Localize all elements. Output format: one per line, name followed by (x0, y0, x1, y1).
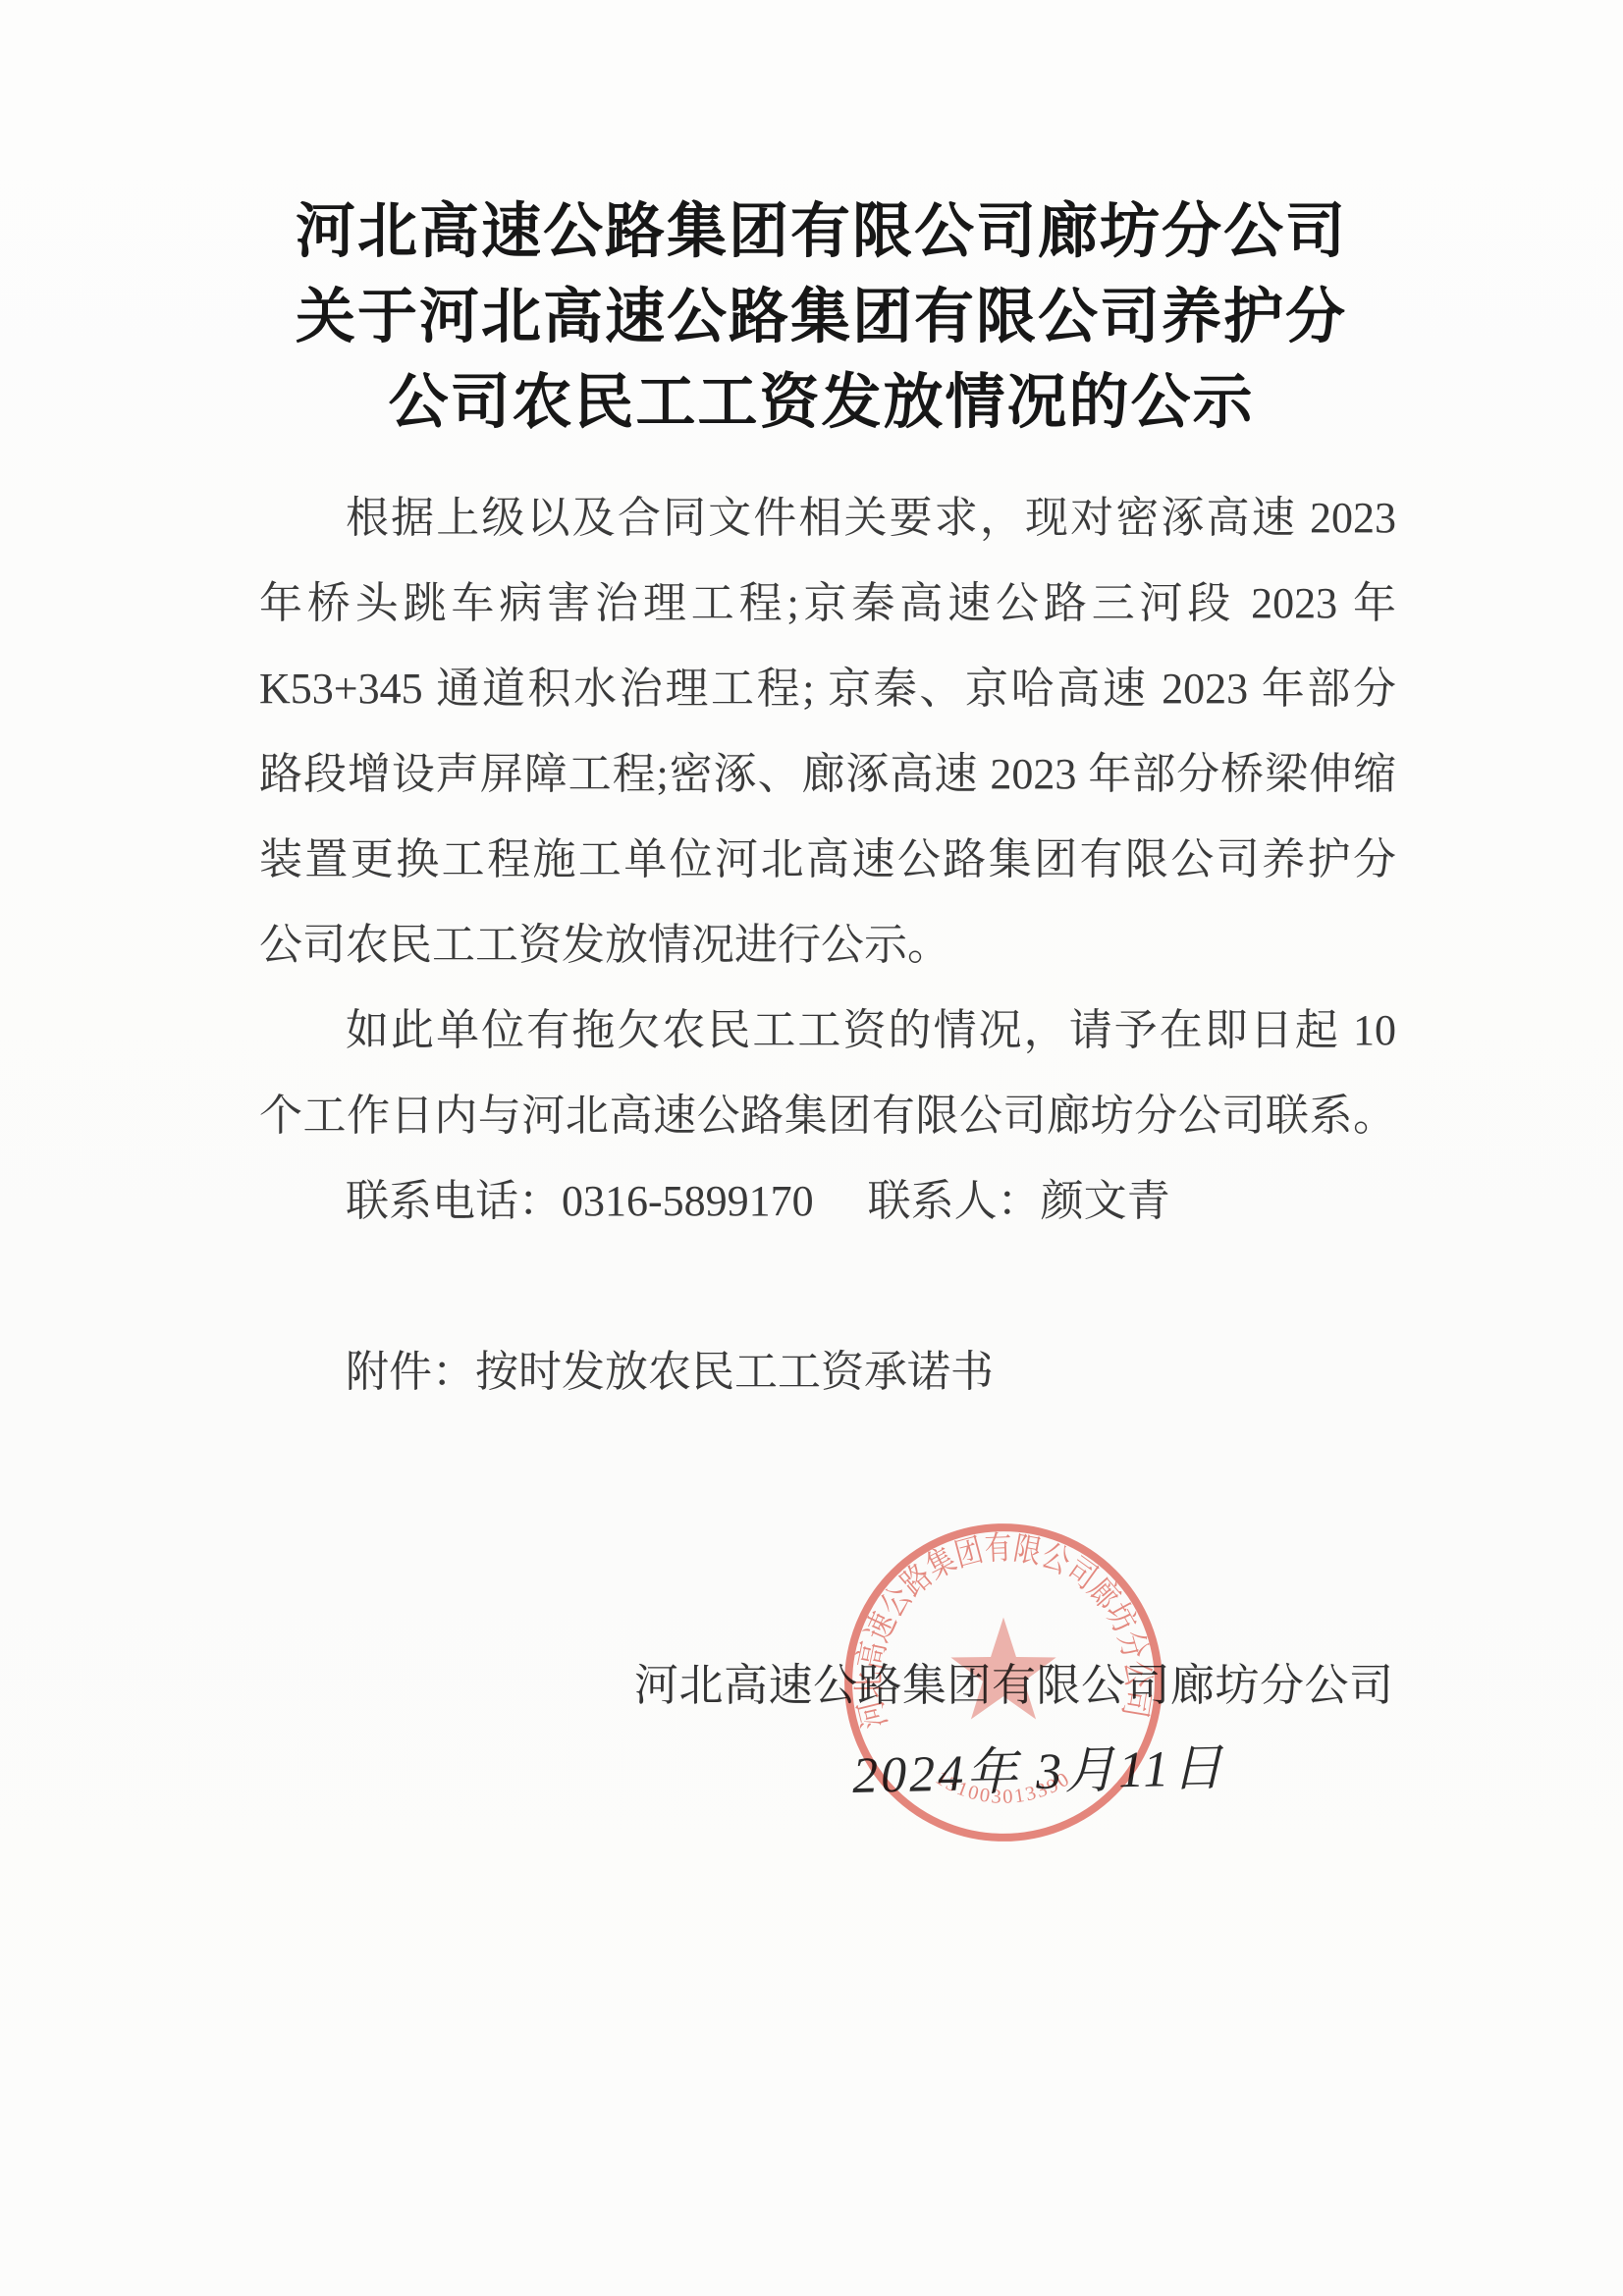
seal-serial-number: 131003013390 (932, 1767, 1075, 1808)
body-text: 根据上级以及合同文件相关要求，现对密涿高速 2023 年桥头跳车病害治理工程;京… (259, 475, 1396, 1415)
paragraph1-line: 路段增设声屏障工程;密涿、廊涿高速 2023 年部分桥梁伸缩 (259, 731, 1396, 817)
contact-line: 联系电话：0316-5899170 联系人：颜文青 (259, 1158, 1396, 1244)
paragraph2-line: 如此单位有拖欠农民工工资的情况，请予在即日起 10 (259, 988, 1396, 1073)
title-line-1: 河北高速公路集团有限公司廊坊分公司 (69, 189, 1574, 275)
attachment-line: 附件：按时发放农民工工资承诺书 (259, 1329, 1396, 1415)
paragraph1-line: 公司农民工工资发放情况进行公示。 (259, 902, 1396, 988)
paragraph1-line: 年桥头跳车病害治理工程;京秦高速公路三河段 2023 年 (259, 561, 1396, 646)
svg-text:131003013390: 131003013390 (932, 1767, 1075, 1808)
title-line-2: 关于河北高速公路集团有限公司养护分 (69, 275, 1574, 360)
title-line-3: 公司农民工工资发放情况的公示 (69, 360, 1574, 446)
paragraph1-line: 装置更换工程施工单位河北高速公路集团有限公司养护分 (259, 817, 1396, 902)
paragraph1-line: 根据上级以及合同文件相关要求，现对密涿高速 2023 (259, 475, 1396, 561)
paragraph2-line: 个工作日内与河北高速公路集团有限公司廊坊分公司联系。 (259, 1073, 1396, 1158)
company-seal-stamp: 河北高速公路集团有限公司廊坊分公司 131003013390 (834, 1513, 1173, 1852)
paragraph1-line: K53+345 通道积水治理工程; 京秦、京哈高速 2023 年部分 (259, 646, 1396, 731)
document-title: 河北高速公路集团有限公司廊坊分公司 关于河北高速公路集团有限公司养护分 公司农民… (69, 189, 1574, 446)
document-page: 河北高速公路集团有限公司廊坊分公司 关于河北高速公路集团有限公司养护分 公司农民… (0, 0, 1623, 2296)
star-icon (950, 1618, 1055, 1720)
